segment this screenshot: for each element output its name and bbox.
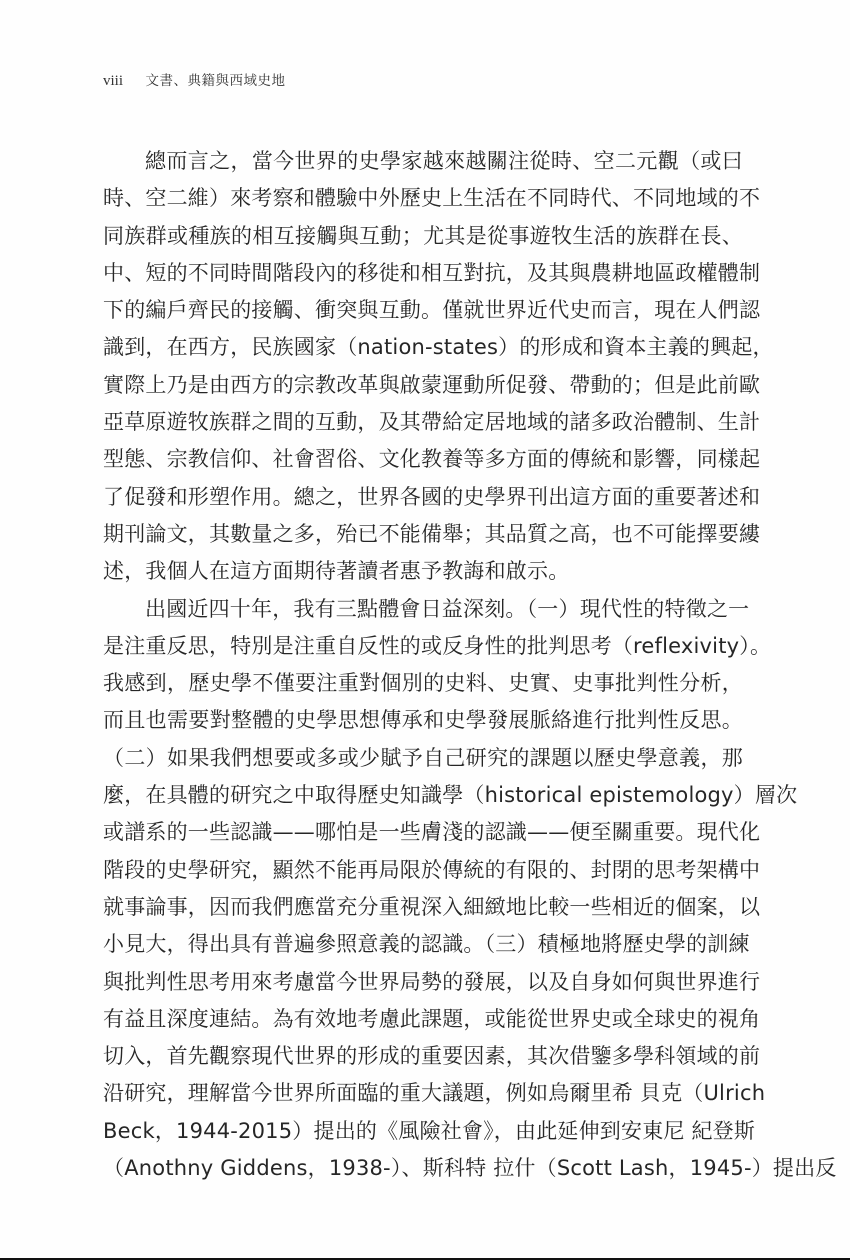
paragraph-1-line: 下的編戶齊民的接觸、衝突與互動。僅就世界近代史而言，現在人們認 <box>103 292 743 329</box>
paragraph-1-line: 總而言之，當今世界的史學家越來越關注從時、空二元觀（或曰 <box>103 143 743 180</box>
body-text: 總而言之，當今世界的史學家越來越關注從時、空二元觀（或曰 時、空二維）來考察和體… <box>103 143 743 1187</box>
paragraph-1-line: 述，我個人在這方面期待著讀者惠予教誨和啟示。 <box>103 553 743 590</box>
paragraph-2-line: Beck，1944-2015）提出的《風險社會》，由此延伸到安東尼 紀登斯 <box>103 1113 743 1150</box>
paragraph-2-line: 切入，首先觀察現代世界的形成的重要因素，其次借鑒多學科領域的前 <box>103 1038 743 1075</box>
paragraph-1-line: 亞草原遊牧族群之間的互動，及其帶給定居地域的諸多政治體制、生計 <box>103 404 743 441</box>
paragraph-2-line: 與批判性思考用來考慮當今世界局勢的發展，以及自身如何與世界進行 <box>103 964 743 1001</box>
paragraph-1-line: 識到，在西方，民族國家（nation-states）的形成和資本主義的興起， <box>103 329 743 366</box>
paragraph-1-line: 中、短的不同時間階段內的移徙和相互對抗，及其與農耕地區政權體制 <box>103 255 743 292</box>
paragraph-2-line: 麼，在具體的研究之中取得歷史知識學（historical epistemolog… <box>103 777 743 814</box>
paragraph-2-line: 階段的史學研究，顯然不能再局限於傳統的有限的、封閉的思考架構中 <box>103 852 743 889</box>
paragraph-2-line: 是注重反思，特別是注重自反性的或反身性的批判思考（reflexivity）。 <box>103 628 743 665</box>
paragraph-2-line: 沿研究，理解當今世界所面臨的重大議題，例如烏爾里希 貝克（Ulrich <box>103 1075 743 1112</box>
paragraph-1-line: 期刊論文，其數量之多，殆已不能備舉；其品質之高，也不可能擇要縷 <box>103 516 743 553</box>
page-number: viii <box>103 72 141 90</box>
book-page: viii 文書、典籍與西域史地 總而言之，當今世界的史學家越來越關注從時、空二元… <box>0 0 850 1260</box>
paragraph-2-line: 小見大，得出具有普遍參照意義的認識。（三）積極地將歷史學的訓練 <box>103 926 743 963</box>
paragraph-1-line: 時、空二維）來考察和體驗中外歷史上生活在不同時代、不同地域的不 <box>103 180 743 217</box>
paragraph-2-line: （二）如果我們想要或多或少賦予自己研究的課題以歷史學意義，那 <box>103 740 743 777</box>
paragraph-1-line: 實際上乃是由西方的宗教改革與啟蒙運動所促發、帶動的；但是此前歐 <box>103 367 743 404</box>
paragraph-2-line: 出國近四十年，我有三點體會日益深刻。（一）現代性的特徵之一 <box>103 591 743 628</box>
paragraph-2-line: 或譜系的一些認識——哪怕是一些膚淺的認識——便至關重要。現代化 <box>103 814 743 851</box>
running-head: viii 文書、典籍與西域史地 <box>103 72 285 90</box>
paragraph-1-line: 同族群或種族的相互接觸與互動；尤其是從事遊牧生活的族群在長、 <box>103 218 743 255</box>
paragraph-1-line: 型態、宗教信仰、社會習俗、文化教養等多方面的傳統和影響，同樣起 <box>103 441 743 478</box>
paragraph-2-line: 而且也需要對整體的史學思想傳承和史學發展脈絡進行批判性反思。 <box>103 702 743 739</box>
paragraph-1-line: 了促發和形塑作用。總之，世界各國的史學界刊出這方面的重要著述和 <box>103 479 743 516</box>
paragraph-2-line: （Anothny Giddens，1938-）、斯科特 拉什（Scott Las… <box>103 1150 743 1187</box>
paragraph-2-line: 我感到，歷史學不僅要注重對個別的史料、史實、史事批判性分析， <box>103 665 743 702</box>
paragraph-2-line: 就事論事，因而我們應當充分重視深入細緻地比較一些相近的個案，以 <box>103 889 743 926</box>
paragraph-2-line: 有益且深度連結。為有效地考慮此課題，或能從世界史或全球史的視角 <box>103 1001 743 1038</box>
book-title: 文書、典籍與西域史地 <box>145 73 285 89</box>
